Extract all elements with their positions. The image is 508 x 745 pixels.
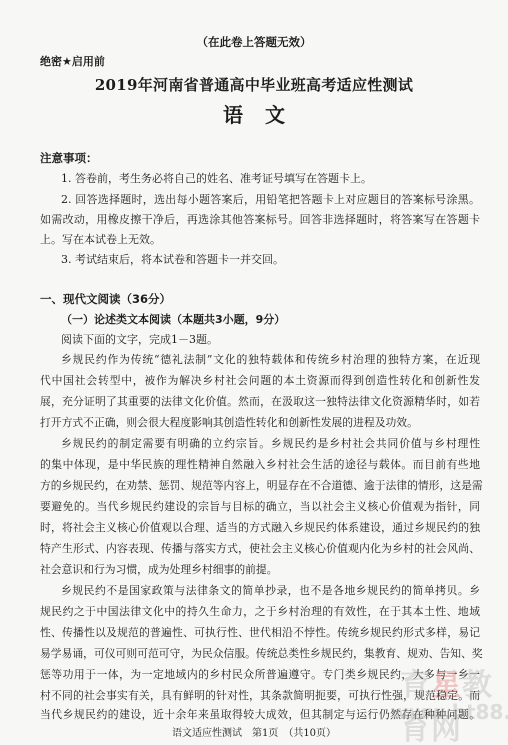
passage-line: 社会意识和行为习惯，成为处理乡村细事的前提。 [40, 562, 480, 577]
subsection-heading: （一）论述类文本阅读（本题共3小题，9分） [61, 311, 501, 327]
instruction-line: 2. 回答选择题时，选出每小题答案后，用铅笔把答题卡上对应题目的答案标号涂黑。 [61, 191, 480, 207]
passage-line: 性、传播性以及规范的普遍性、可执行性、世代相沿不悖性。传统乡规民约形式多样，易记 [40, 625, 480, 640]
instructions-heading: 注意事项： [40, 150, 98, 166]
watermark-url: www.ht88.com [390, 700, 508, 724]
passage-line: 乡规民约的制定需要有明确的立约宗旨。乡规民约是乡村社会共同价值与乡村理性 [61, 436, 480, 451]
instruction-line: 如需改动，用橡皮擦干净后，再选涂其他答案标号。回答非选择题时，将答案写在答题卡 [40, 211, 480, 227]
passage-line: 打开方式不正确，则会很大程度影响其创造性转化和创新性发展的进程及功效。 [40, 415, 480, 430]
passage-line: 规民约之于中国法律文化中的持久生命力，之于乡村治理的有效性，在于其本土性、地域 [40, 604, 480, 619]
section-heading: 一、现代文阅读（36分） [40, 291, 480, 307]
subject-title: 语文 [0, 99, 508, 128]
instruction-line: 1. 答卷前，考生务必将自己的姓名、准考证号填写在答题卡上。 [61, 170, 501, 186]
reading-prompt: 阅读下面的文字，完成1－3题。 [61, 331, 501, 347]
passage-line: 易学易诵，可仪可则可范可守，为民众信服。传统总类性乡规民约，集教育、规劝、告知、… [40, 646, 480, 661]
passage-line: 展，充分证明了其重要的法律文化价值。然而，在汲取这一独特法律文化资源精华时，如若 [40, 394, 480, 409]
watermark-char-red: 星 [431, 668, 462, 703]
exam-page: （在此卷上答题无效） 绝密★启用前 2019年河南省普通高中毕业班高考适应性测试… [0, 0, 508, 745]
watermark-char: 育 [400, 668, 431, 703]
passage-line: 乡规民约作为传统“德礼法制”文化的独特载体和传统乡村治理的独特方案，在近现 [61, 352, 480, 367]
instruction-line: 3. 考试结束后，将本试卷和答题卡一并交回。 [61, 251, 501, 267]
passage-line: 特产生形式、内容表现、传播与落实方式，使社会主义核心价值观内化为乡村的社会风尚、 [40, 541, 480, 556]
confidential-label: 绝密★启用前 [40, 53, 105, 69]
passage-line: 要避免的。当代乡规民约建设的宗旨与目标的确立，当以社会主义核心价值观为指针，同 [40, 499, 480, 514]
passage-line: 时，将社会主义核心价值观以合理、适当的方式融入乡规民约体系建设，通过乡规民约的独 [40, 520, 480, 535]
passage-line: 方的乡规民约，在劝禁、惩罚、规范等内容上，明显存在不合道德、逾于法律的情形，这是… [40, 478, 480, 493]
passage-line: 的集中体现，是中华民族的理性精神自然融入乡村社会生活的途径与载体。而目前有些地 [40, 457, 480, 472]
exam-title: 2019年河南省普通高中毕业班高考适应性测试 [0, 74, 508, 95]
instruction-line: 上。写在本试卷上无效。 [40, 231, 480, 247]
invalid-answer-notice: （在此卷上答题无效） [0, 34, 508, 50]
passage-line: 乡规民约不是国家政策与法律条文的简单抄录，也不是各地乡规民约的简单拷贝。乡 [61, 583, 480, 598]
passage-line: 代中国社会转型中，被作为解决乡村社会问题的本土资源而得到创造性转化和创新性发 [40, 373, 480, 388]
